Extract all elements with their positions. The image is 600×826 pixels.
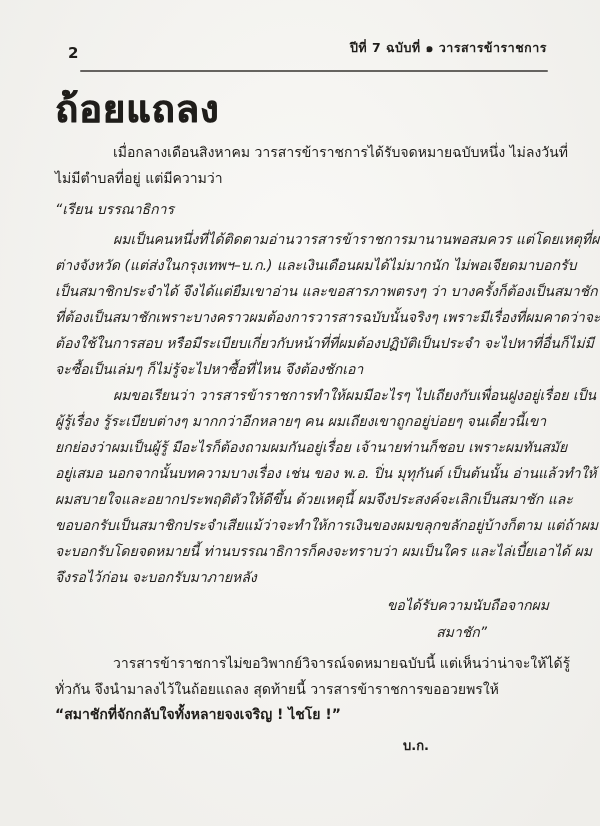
- letter-line: ยกย่องว่าผมเป็นผู้รู้ มีอะไรก็ต้องถามผมก…: [55, 435, 549, 461]
- running-header: ปีที่ 7 ฉบับที่ ๑ วารสารข้าราชการ: [350, 38, 547, 58]
- letter-line: ผมเป็นคนหนึ่งที่ได้ติดตามอ่านวารสารข้ารา…: [55, 227, 549, 253]
- letter-paragraph-2: ผมขอเรียนว่า วารสารข้าราชการทำให้ผมมีอะไ…: [55, 383, 549, 591]
- editor-sign-off: บ.ก.: [403, 735, 429, 756]
- letter-salutation: “เรียน บรรณาธิการ: [55, 197, 549, 223]
- letter-line: ผมขอเรียนว่า วารสารข้าราชการทำให้ผมมีอะไ…: [55, 383, 549, 409]
- quoted-letter: “เรียน บรรณาธิการ ผมเป็นคนหนึ่งที่ได้ติด…: [55, 197, 549, 646]
- editor-note: วารสารข้าราชการไม่ขอวิพากย์วิจารณ์จดหมาย…: [55, 652, 549, 729]
- letter-paragraph-1: ผมเป็นคนหนึ่งที่ได้ติดตามอ่านวารสารข้ารา…: [55, 227, 549, 383]
- letter-line: ต่างจังหวัด (แต่ส่งในกรุงเทพฯ–บ.ก.) และเ…: [55, 253, 549, 279]
- letter-line: เป็นสมาชิกประจำได้ จึงได้แต่ยืมเขาอ่าน แ…: [55, 279, 549, 305]
- letter-line: ผู้รู้เรื่อง รู้ระเบียบต่างๆ มากกว่าอีกห…: [55, 409, 549, 435]
- letter-closing: ขอได้รับความนับถือจากผม: [387, 593, 549, 619]
- editor-note-quote: “สมาชักที่จักกลับใจทั้งหลายจงเจริญ ! ไชโ…: [55, 703, 549, 729]
- editor-note-line: ทั่วกัน จึงนำมาลงไว้ในถ้อยแถลง สุดท้ายนี…: [55, 678, 549, 704]
- letter-closing-block: ขอได้รับความนับถือจากผม สมาชัก”: [55, 593, 549, 646]
- letter-line: ที่ต้องเป็นสมาชักเพราะบางคราวผมต้องการวา…: [55, 305, 549, 331]
- page-title: ถ้อยแถลง: [55, 78, 219, 139]
- letter-signature: สมาชัก”: [436, 620, 487, 646]
- letter-line: อยู่เสมอ นอกจากนั้นบทความบางเรื่อง เช่น …: [55, 461, 549, 487]
- intro-line: ไม่มีตำบลที่อยู่ แต่มีความว่า: [55, 166, 547, 192]
- intro-line: เมื่อกลางเดือนสิงหาคม วารสารข้าราชการได้…: [55, 140, 547, 166]
- letter-line: จึงรอไว้ก่อน จะบอกรับมาภายหลัง: [55, 565, 549, 591]
- editor-note-line: วารสารข้าราชการไม่ขอวิพากย์วิจารณ์จดหมาย…: [55, 652, 549, 678]
- letter-line: จะบอกรับโดยจดหมายนี้ ท่านบรรณาธิการก็คงจ…: [55, 539, 549, 565]
- letter-line: ต้องใช้ในการสอบ หรือมีระเบียบเกี่ยวกับหน…: [55, 331, 549, 357]
- header-rule: [80, 70, 548, 72]
- scanned-journal-page: 2 ปีที่ 7 ฉบับที่ ๑ วารสารข้าราชการ ถ้อย…: [0, 0, 600, 826]
- letter-line: ขอบอกรับเป็นสมาชิกประจำเสียแม้ว่าจะทำให้…: [55, 513, 549, 539]
- letter-line: จะซื้อเป็นเล่มๆ ก็ไม่รู้จะไปหาซื้อที่ไหน…: [55, 357, 549, 383]
- intro-paragraph: เมื่อกลางเดือนสิงหาคม วารสารข้าราชการได้…: [55, 140, 547, 192]
- page-number: 2: [68, 44, 78, 62]
- letter-line: ผมสบายใจและอยากประพฤติตัวให้ดีขึ้น ด้วยเ…: [55, 487, 549, 513]
